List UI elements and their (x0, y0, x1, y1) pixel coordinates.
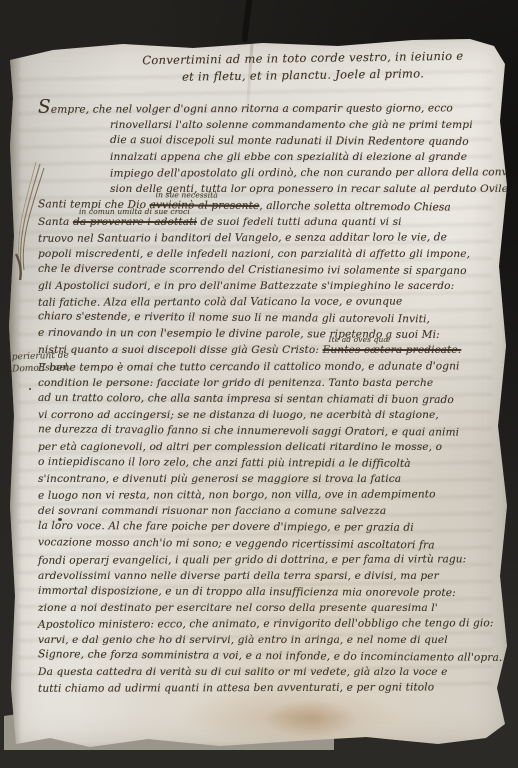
manuscript-line: o intiepidiscano il loro zelo, che anzi … (38, 454, 482, 472)
manuscript-line: dei sovrani commandi risuonar non faccia… (38, 503, 482, 519)
manuscript-line: immortal disposizione, e un di troppo al… (38, 583, 482, 601)
manuscript-line: Sempre, che nel volger d'ogni anno ritor… (38, 100, 482, 118)
manuscript-line: e luogo non vi resta, non città, non bor… (38, 486, 482, 504)
interlinear-insertion: in sue necessità (156, 191, 218, 199)
manuscript-line: ardevolissimi vanno nelle diverse parti … (38, 568, 482, 584)
struck-text: da proverare i adottati (73, 216, 197, 228)
manuscript-line: fondi operarj evangelici, i quali per gr… (38, 551, 482, 569)
manuscript-content: Convertimini ad me in toto corde vestro,… (8, 36, 508, 748)
backdrop-crease (241, 0, 253, 42)
manuscript-page: perierunt de Domo Israel. Convertimini a… (8, 36, 508, 748)
interlinear-insertion: in comun umiltà di sue croci (79, 208, 190, 216)
line-text: de suoi fedeli tutti aduna quanti vi si (197, 216, 402, 228)
manuscript-line: zione a noi destinato per esercitare nel… (38, 600, 482, 616)
manuscript-line: ad un tratto coloro, che alla santa impr… (38, 390, 482, 408)
manuscript-line: che le diverse contrade scorrendo del Cr… (38, 261, 482, 279)
manuscript-line-corrected: nistri quanto a suoi discepoli disse già… (38, 342, 482, 358)
struck-text: Euntes cætera predicate. (323, 344, 462, 356)
manuscript-line: vi corrono ad accingersi; se ne distanza… (38, 407, 482, 423)
manuscript-line: truovo nel Santuario i banditori del Van… (38, 229, 482, 247)
manuscript-line: innalzati appena che gli ebbe con spezia… (110, 149, 482, 165)
latin-epigraph: Convertimini ad me in toto corde vestro,… (124, 48, 482, 87)
photograph-backdrop: perierunt de Domo Israel. Convertimini a… (0, 0, 518, 768)
manuscript-line: vocazione mosso anch'io mi sono; e vegge… (38, 534, 482, 554)
manuscript-line: varvi, e dal genio che ho di servirvi, g… (38, 632, 482, 648)
manuscript-line: popoli miscredenti, e delle infedeli naz… (38, 246, 482, 262)
manuscript-line: impiego dell'apostolato gli ordinò, che … (110, 165, 482, 182)
manuscript-line: Da questa cattedra di verità su di cui s… (38, 664, 482, 680)
manuscript-line: e rinovando in un con l'esempio le divin… (38, 325, 482, 343)
manuscript-line: per età cagionevoli, od altri per comple… (38, 439, 482, 455)
manuscript-line: ne durezza di travaglio fanno si che inn… (38, 421, 482, 441)
line-text: nistri quanto a suoi discepoli disse già… (38, 344, 323, 356)
line-text: , allorche soletta oltremodo Chiesa (259, 200, 451, 214)
manuscript-line: gli Apostolici sudori, e in pro dell'ani… (38, 278, 482, 294)
manuscript-line: tutti chiamo ad udirmi quanti in attesa … (38, 680, 482, 698)
manuscript-line: Signore, che forza somministra a voi, e … (38, 646, 482, 666)
manuscript-line: Apostolico ministero: ecco, che animato,… (38, 615, 482, 633)
manuscript-line: die a suoi discepoli sul monte radunati … (110, 132, 482, 150)
manuscript-line: s'incontrano, e divenuti più generosi se… (38, 471, 482, 487)
sermon-body: Sempre, che nel volger d'ogni anno ritor… (38, 101, 482, 696)
manuscript-line: condition le persone: facciate lor grido… (38, 375, 482, 391)
binding-thread-icon (4, 156, 58, 296)
manuscript-line-corrected: Santa da proverare i adottatiin comun um… (38, 214, 482, 230)
manuscript-line: E bene tempo è omai che tutto cercando i… (38, 358, 482, 376)
manuscript-line: rinovellarsi l'alto solenne commandament… (110, 117, 482, 133)
interlinear-insertion: Ite ad oves quæ (329, 336, 391, 344)
